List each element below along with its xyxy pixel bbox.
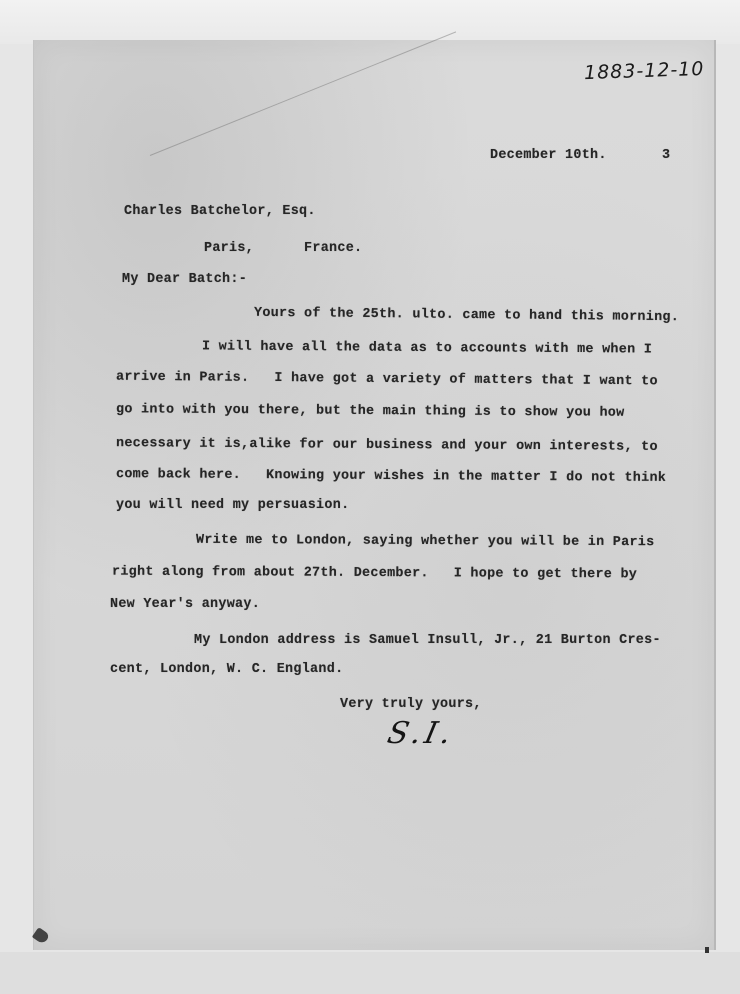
body-line: cent, London, W. C. England. (110, 662, 343, 677)
signature: S.I. (384, 716, 458, 751)
body-line: I will have all the data as to accounts … (202, 339, 652, 357)
archive-id-handwritten: 1883-12-10 (584, 58, 705, 84)
letter-date: December 10th. (490, 148, 607, 163)
scan-backdrop-top (0, 0, 740, 44)
scan-backdrop-bottom (0, 952, 740, 994)
page-corner-mark (705, 947, 709, 953)
body-line: you will need my persuasion. (116, 498, 349, 513)
body-line: New Year's anyway. (110, 597, 260, 612)
letter-page (33, 40, 716, 950)
body-line: Write me to London, saying whether you w… (196, 533, 655, 550)
body-line: right along from about 27th. December. I… (112, 565, 637, 583)
body-line: My London address is Samuel Insull, Jr.,… (194, 633, 661, 648)
addressee-name: Charles Batchelor, Esq. (124, 204, 316, 219)
page-number: 3 (662, 148, 670, 163)
salutation: My Dear Batch:- (122, 272, 247, 287)
addressee-location: Paris, France. (204, 241, 362, 256)
closing: Very truly yours, (340, 697, 482, 712)
